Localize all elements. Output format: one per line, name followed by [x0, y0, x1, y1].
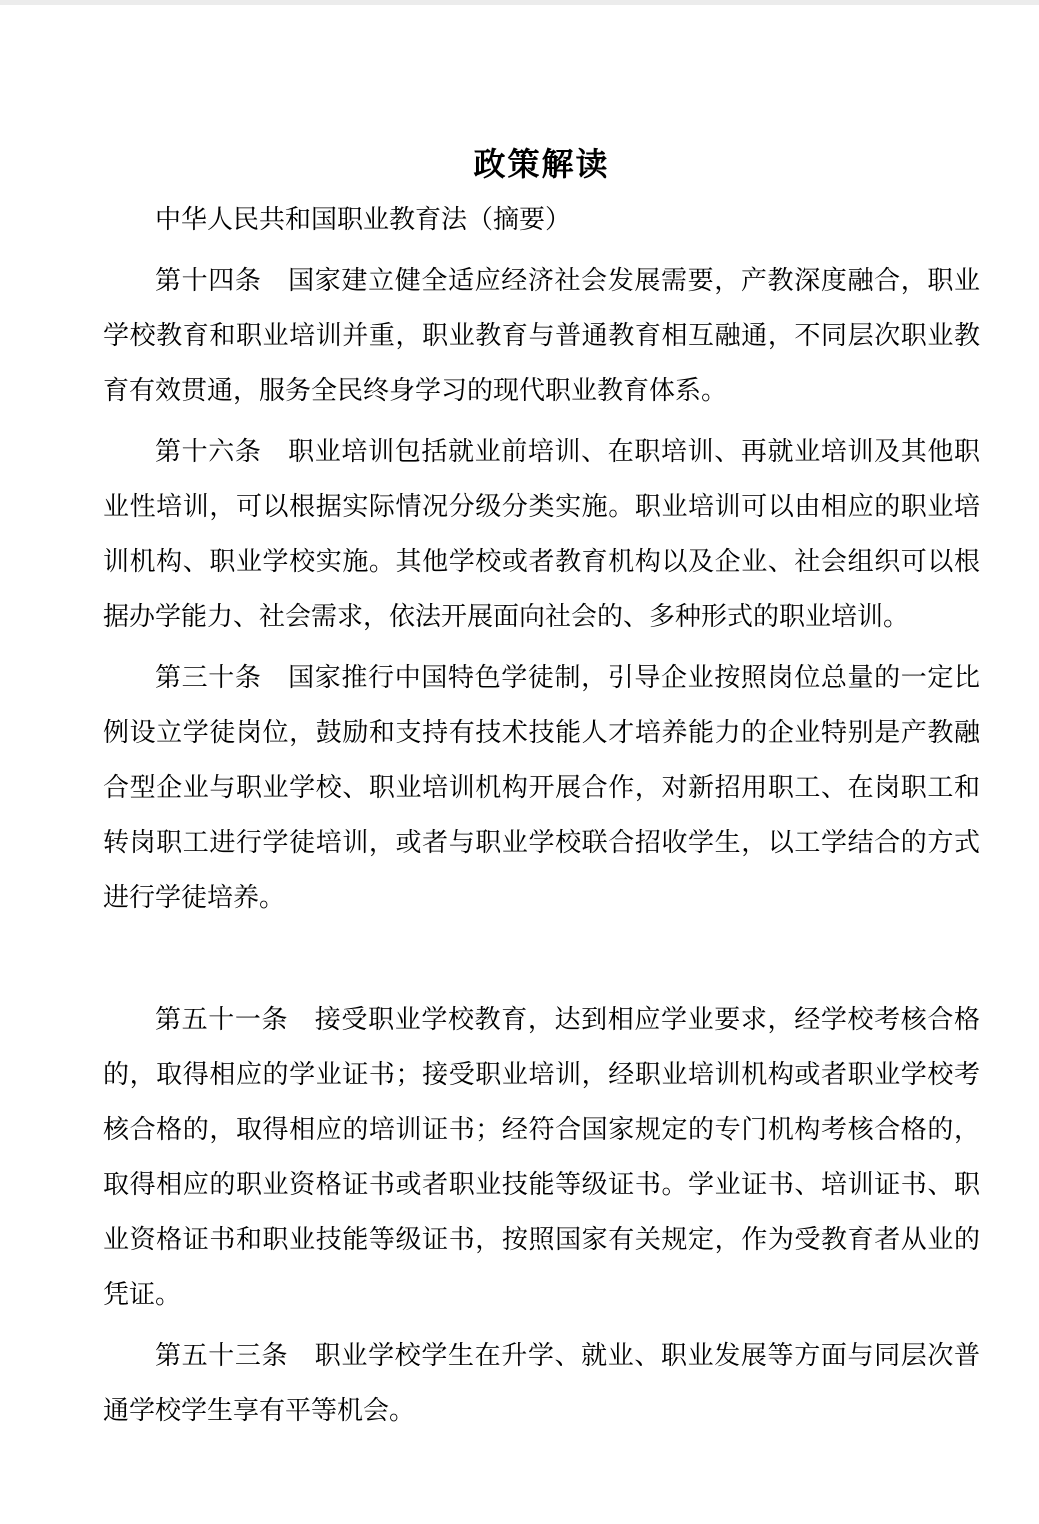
paragraph-article-14: 第十四条 国家建立健全适应经济社会发展需要，产教深度融合，职业学校教育和职业培训…	[103, 253, 980, 418]
paragraph-article-51: 第五十一条 接受职业学校教育，达到相应学业要求，经学校考核合格的，取得相应的学业…	[103, 992, 980, 1322]
paragraph-law-subtitle: 中华人民共和国职业教育法（摘要）	[103, 192, 980, 247]
document-page: 政策解读 中华人民共和国职业教育法（摘要） 第十四条 国家建立健全适应经济社会发…	[0, 0, 1039, 1524]
paragraph-article-53: 第五十三条 职业学校学生在升学、就业、职业发展等方面与同层次普通学校学生享有平等…	[103, 1328, 980, 1438]
document-title: 政策解读	[103, 144, 980, 184]
blank-line-spacer	[103, 931, 980, 986]
paragraph-article-16: 第十六条 职业培训包括就业前培训、在职培训、再就业培训及其他职业性培训，可以根据…	[103, 424, 980, 644]
paragraph-article-30: 第三十条 国家推行中国特色学徒制，引导企业按照岗位总量的一定比例设立学徒岗位，鼓…	[103, 650, 980, 925]
page-top-strip	[0, 0, 1039, 5]
